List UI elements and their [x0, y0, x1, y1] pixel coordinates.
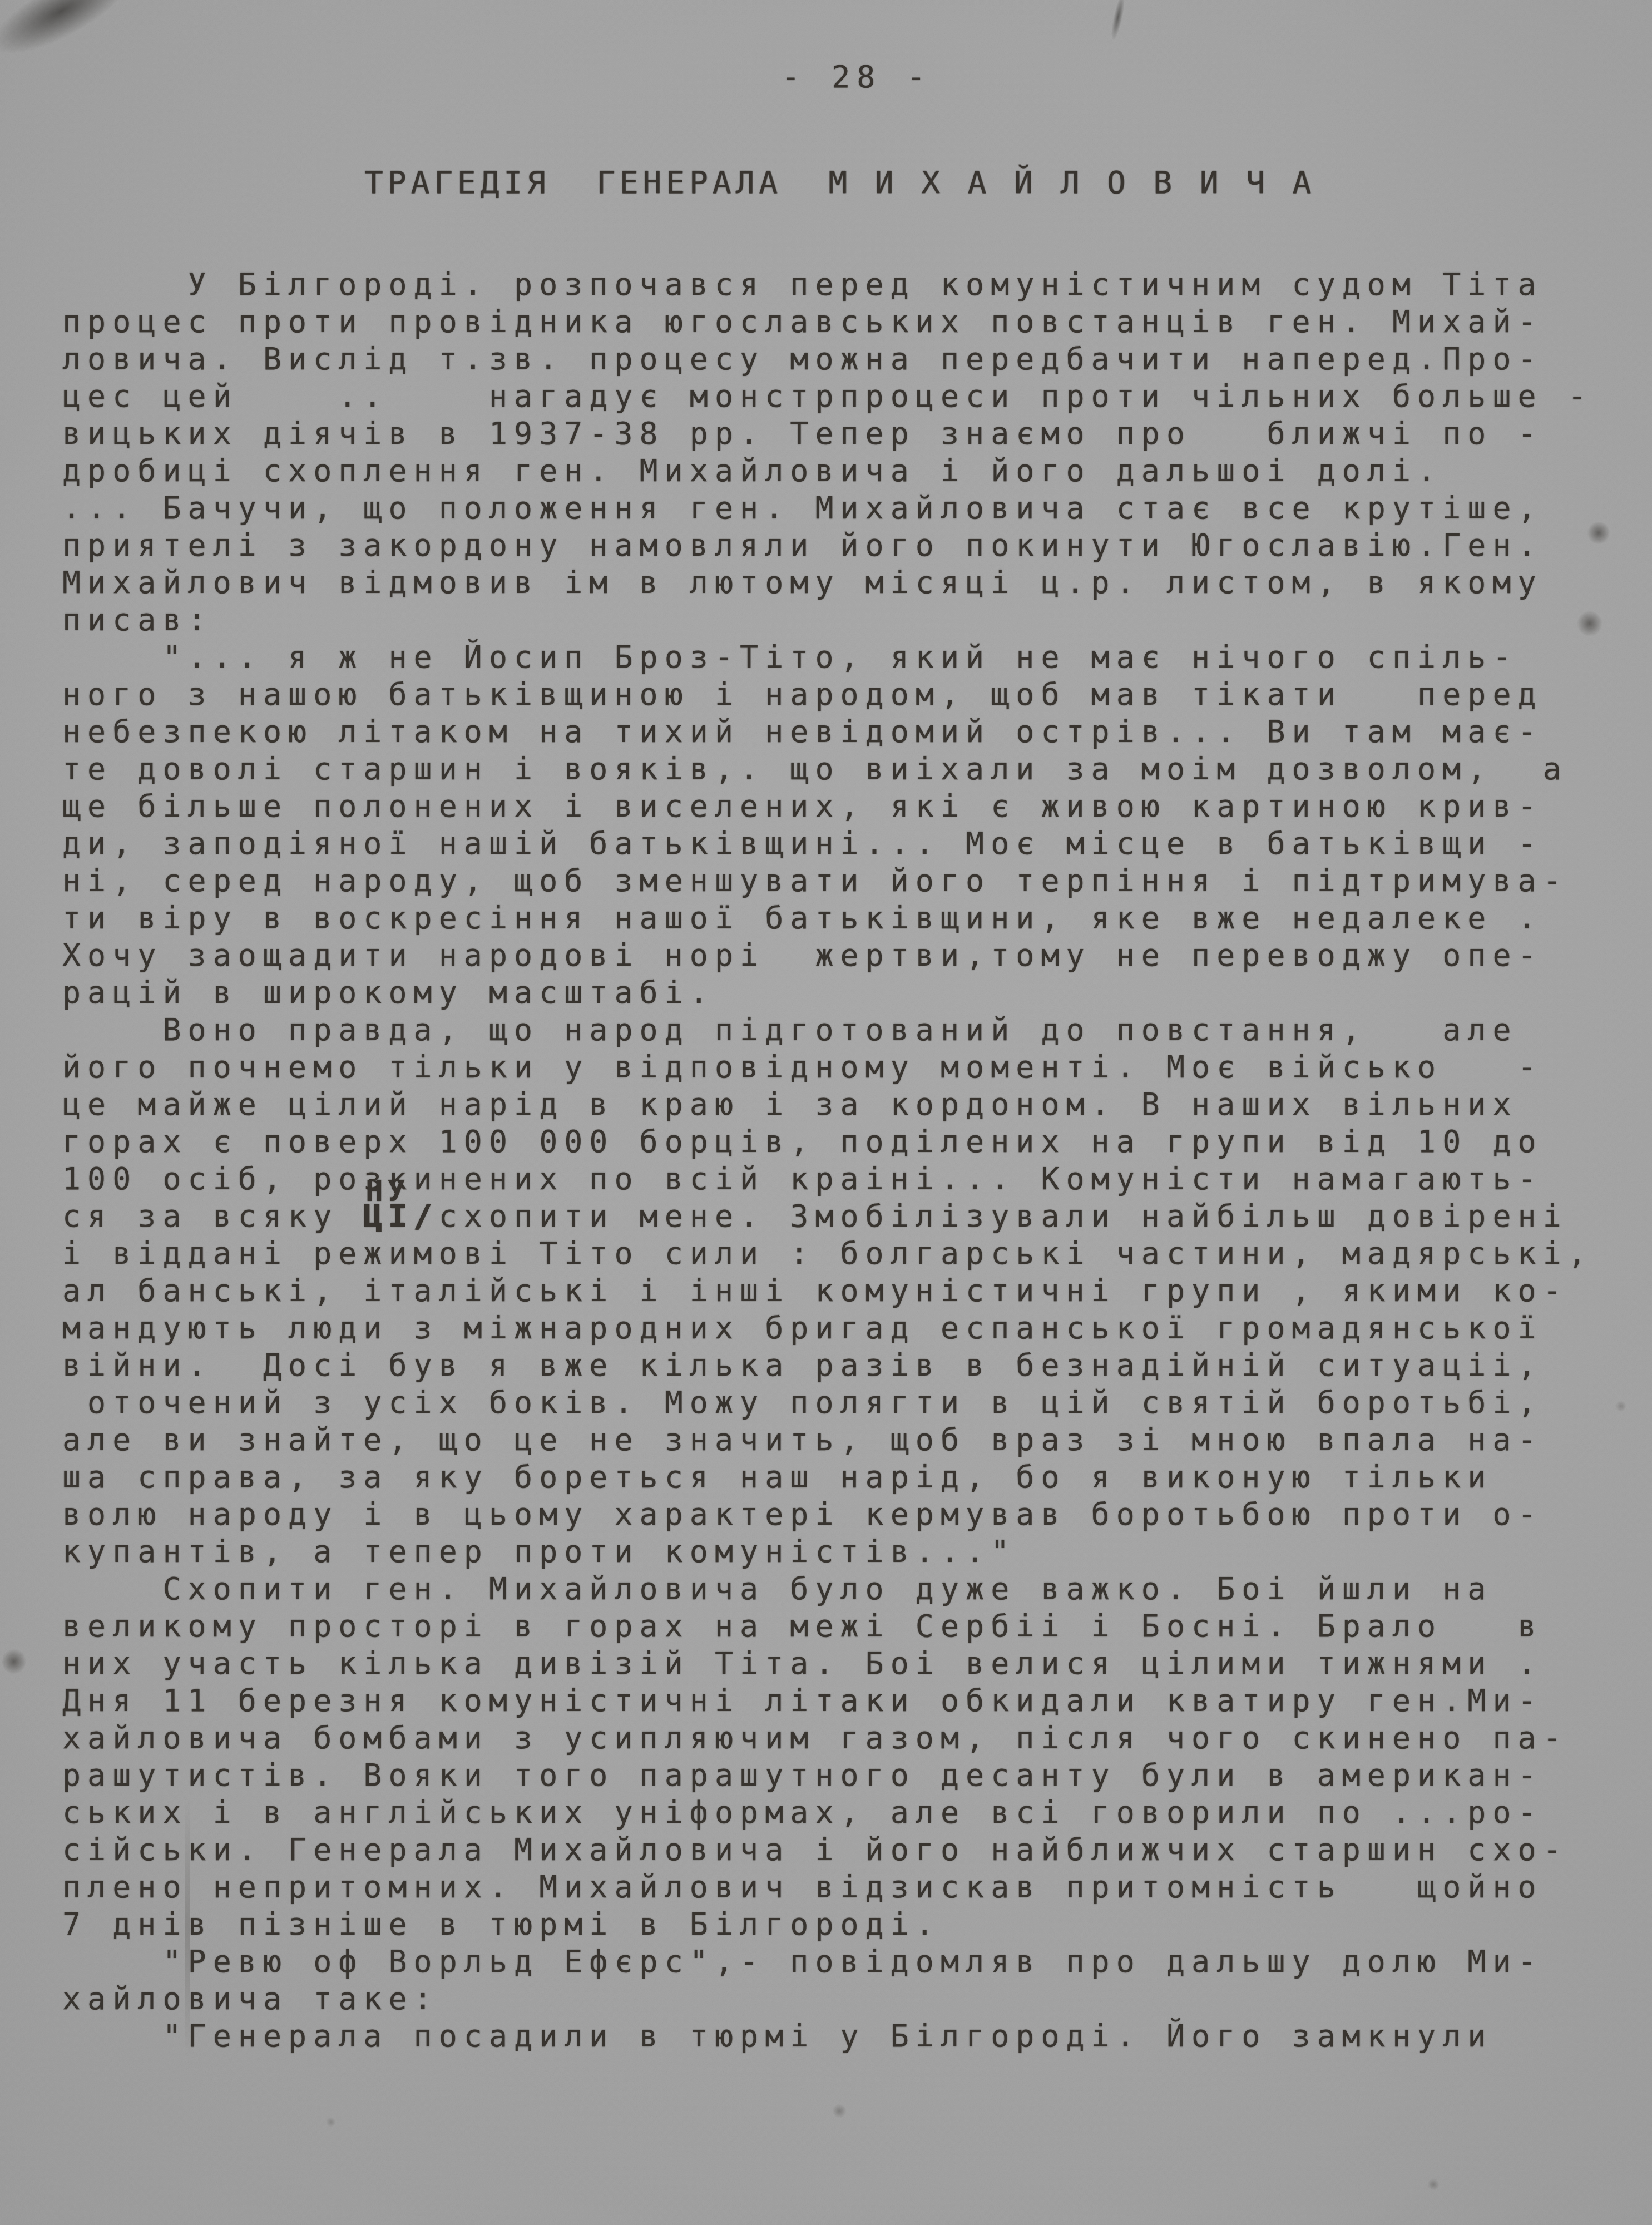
text-line: писав: [62, 601, 1620, 639]
text-line: ал банські, італійські і інші комуністич… [62, 1272, 1620, 1309]
document-title: ТРАГЕДІЯ ГЕНЕРАЛА М И Х А Й Л О В И Ч А [364, 166, 1315, 200]
text-line: цес цей .. нагадує монстрпроцеси проти ч… [62, 378, 1620, 415]
text-line: процес проти провідника югославських пов… [62, 303, 1620, 340]
text-line: У Білгороді. розпочався перед комуністич… [62, 266, 1620, 303]
text-line: небезпекою літаком на тихий невідомий ос… [62, 713, 1620, 750]
text-line: сійськи. Генерала Михайловича і його най… [62, 1831, 1620, 1868]
text-line: ди, заподіяної нашій батьківщині... Моє … [62, 825, 1620, 862]
text-line: війни. Досі був я вже кілька разів в без… [62, 1347, 1620, 1384]
text-line: них участь кілька дивізій Тіта. Боі вели… [62, 1645, 1620, 1682]
correction-note: НУ [365, 1173, 409, 1210]
text-line: приятелі з закордону намовляли його поки… [62, 527, 1620, 564]
text-segment: ся за всяку [62, 1198, 363, 1234]
text-line: вицьких діячів в 1937-38 рр. Тепер знаєм… [62, 415, 1620, 452]
text-line: те доволі старшин і вояків,. що виіхали … [62, 750, 1620, 788]
text-line: ще більше полонених і виселених, які є ж… [62, 788, 1620, 825]
text-segment: схопити мене. Змобілізували найбільш дов… [439, 1198, 1568, 1234]
text-line: дробиці схоплення ген. Михайловича і йог… [62, 452, 1620, 489]
typewritten-text-layer: - 28 - ТРАГЕДІЯ ГЕНЕРАЛА М И Х А Й Л О В… [0, 0, 1652, 2225]
text-line: мандують люди з міжнародних бригад еспан… [62, 1309, 1620, 1347]
text-line: 100 осіб, розкинених по всій краіні... К… [62, 1160, 1620, 1198]
text-line: "... я ж не Йосип Броз-Тіто, який не має… [62, 639, 1620, 676]
corrected-text-line: ся за всяку ЦІ/НУсхопити мене. Змобілізу… [62, 1198, 1620, 1235]
text-line: оточений з усіх боків. Можу полягти в ці… [62, 1384, 1620, 1421]
text-line: його почнемо тільки у відповідному момен… [62, 1049, 1620, 1086]
text-line: ловича. Вислід т.зв. процесу можна перед… [62, 340, 1620, 378]
text-line: це майже цілий нарід в краю і за кордоно… [62, 1086, 1620, 1123]
text-line: але ви знайте, що це не значить, щоб вра… [62, 1421, 1620, 1458]
scanned-document-page: - 28 - ТРАГЕДІЯ ГЕНЕРАЛА М И Х А Й Л О В… [0, 0, 1652, 2225]
text-line: Михайлович відмовив ім в лютому місяці ц… [62, 564, 1620, 601]
text-line: великому просторі в горах на межі Сербіі… [62, 1608, 1620, 1645]
text-line: "Генерала посадили в тюрмі у Білгороді. … [62, 2018, 1620, 2055]
text-line: "Ревю оф Ворльд Ефєрс",- повідомляв про … [62, 1943, 1620, 1980]
text-line: хайловича бомбами з усипляючим газом, пі… [62, 1719, 1620, 1757]
text-line: Дня 11 березня комуністичні літаки обкид… [62, 1682, 1620, 1719]
text-line: ... Бачучи, що положення ген. Михайлович… [62, 489, 1620, 527]
document-body: У Білгороді. розпочався перед комуністич… [62, 266, 1620, 2055]
text-line: і віддані режимові Тіто сили : болгарськ… [62, 1235, 1620, 1272]
text-line: ні, серед народу, щоб зменшувати його те… [62, 862, 1620, 899]
overtyped-correction: ЦІ/НУ [363, 1198, 438, 1235]
text-line: ша справа, за яку бореться наш нарід, бо… [62, 1458, 1620, 1496]
text-line: ських і в англійських уніформах, але всі… [62, 1794, 1620, 1831]
paragraph: У Білгороді. розпочався перед комуністич… [62, 266, 1620, 489]
paragraph: "... я ж не Йосип Броз-Тіто, який не має… [62, 639, 1620, 1011]
paragraph: ... Бачучи, що положення ген. Михайлович… [62, 489, 1620, 639]
paragraph: Схопити ген. Михайловича було дуже важко… [62, 1570, 1620, 1943]
text-line: волю народу і в цьому характері кермував… [62, 1496, 1620, 1533]
text-line: горах є поверх 100 000 борців, поділених… [62, 1123, 1620, 1160]
text-line: плено непритомних. Михайлович відзискав … [62, 1868, 1620, 1906]
text-line: 7 днів пізніше в тюрмі в Білгороді. [62, 1906, 1620, 1943]
text-line: рацій в широкому масштабі. [62, 974, 1620, 1011]
text-line: ного з нашою батьківщиною і народом, щоб… [62, 676, 1620, 713]
paragraph: Воно правда, що народ підготований до по… [62, 1011, 1620, 1570]
paragraph: "Ревю оф Ворльд Ефєрс",- повідомляв про … [62, 1943, 1620, 2018]
text-line: хайловича таке: [62, 1980, 1620, 2018]
text-line: ти віру в воскресіння нашої батьківщини,… [62, 899, 1620, 937]
paragraph: "Генерала посадили в тюрмі у Білгороді. … [62, 2018, 1620, 2055]
text-line: Хочу заощадити народові норі жертви,тому… [62, 937, 1620, 974]
text-line: рашутистів. Вояки того парашутного десан… [62, 1757, 1620, 1794]
text-line: Воно правда, що народ підготований до по… [62, 1011, 1620, 1049]
text-line: Схопити ген. Михайловича було дуже важко… [62, 1570, 1620, 1608]
text-line: купантів, а тепер проти комуністів..." [62, 1533, 1620, 1570]
page-number: - 28 - [782, 60, 932, 93]
